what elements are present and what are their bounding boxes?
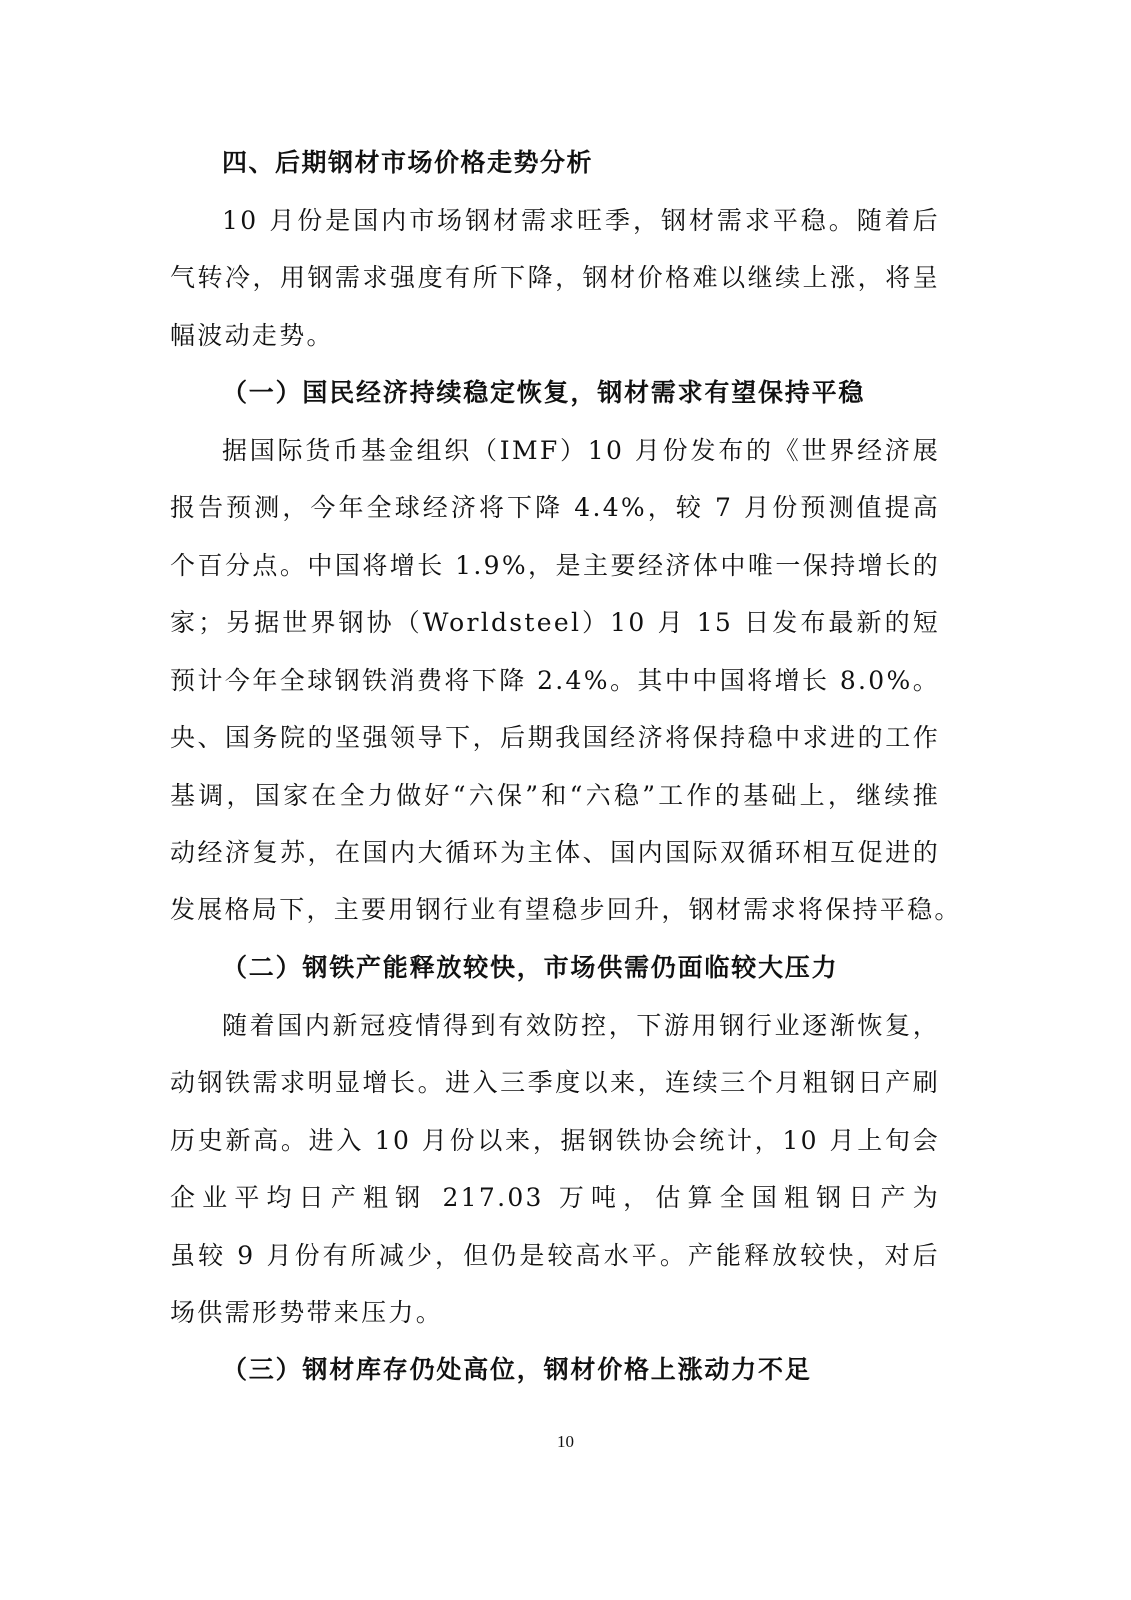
subsection-1-line-1: 据国际货币基金组织（IMF）10 月份发布的《世界经济展望》: [222, 435, 940, 467]
subsection-1-line-2: 报告预测，今年全球经济将下降 4.4%，较 7 月份预测值提高了 0.8: [170, 492, 940, 524]
intro-line-2: 气转冷，用钢需求强度有所下降，钢材价格难以继续上涨，将呈小: [170, 262, 940, 294]
subsection-3-heading: （三）钢材库存仍处高位，钢材价格上涨动力不足: [222, 1354, 812, 1386]
subsection-2-line-1: 随着国内新冠疫情得到有效防控，下游用钢行业逐渐恢复，拉: [222, 1010, 940, 1042]
subsection-1-line-3: 个百分点。中国将增长 1.9%，是主要经济体中唯一保持增长的国: [170, 550, 940, 582]
subsection-1-line-7: 基调，国家在全力做好“六保”和“六稳”工作的基础上，继续推: [170, 780, 940, 812]
subsection-2-line-6: 场供需形势带来压力。: [170, 1297, 940, 1329]
subsection-1-line-5: 预计今年全球钢铁消费将下降 2.4%。其中中国将增长 8.0%。在党中: [170, 665, 940, 697]
subsection-1-heading: （一）国民经济持续稳定恢复，钢材需求有望保持平稳: [222, 377, 865, 409]
page-number: 10: [0, 1432, 1131, 1452]
intro-line-3: 幅波动走势。: [170, 320, 940, 352]
document-page: 四、后期钢材市场价格走势分析 10 月份是国内市场钢材需求旺季，钢材需求平稳。随…: [0, 0, 1131, 1600]
subsection-1-line-9: 发展格局下，主要用钢行业有望稳步回升，钢材需求将保持平稳。: [170, 894, 940, 926]
subsection-2-line-4: 企业平均日产粗钢 217.03 万吨，估算全国粗钢日产为 307.12 万吨，: [170, 1182, 940, 1214]
subsection-1-line-4: 家；另据世界钢协（Worldsteel）10 月 15 日发布最新的短期预测，: [170, 607, 940, 639]
subsection-2-heading: （二）钢铁产能释放较快，市场供需仍面临较大压力: [222, 952, 838, 984]
subsection-2-line-2: 动钢铁需求明显增长。进入三季度以来，连续三个月粗钢日产刷新: [170, 1067, 940, 1099]
intro-line-1: 10 月份是国内市场钢材需求旺季，钢材需求平稳。随着后期天: [222, 205, 940, 237]
subsection-1-line-6: 央、国务院的坚强领导下，后期我国经济将保持稳中求进的工作总: [170, 722, 940, 754]
subsection-1-line-8: 动经济复苏，在国内大循环为主体、国内国际双循环相互促进的新: [170, 837, 940, 869]
subsection-2-line-3: 历史新高。进入 10 月份以来，据钢铁协会统计，10 月上旬会员钢铁: [170, 1125, 940, 1157]
section-heading: 四、后期钢材市场价格走势分析: [222, 147, 593, 179]
subsection-2-line-5: 虽较 9 月份有所减少，但仍是较高水平。产能释放较快，对后期市: [170, 1240, 940, 1272]
